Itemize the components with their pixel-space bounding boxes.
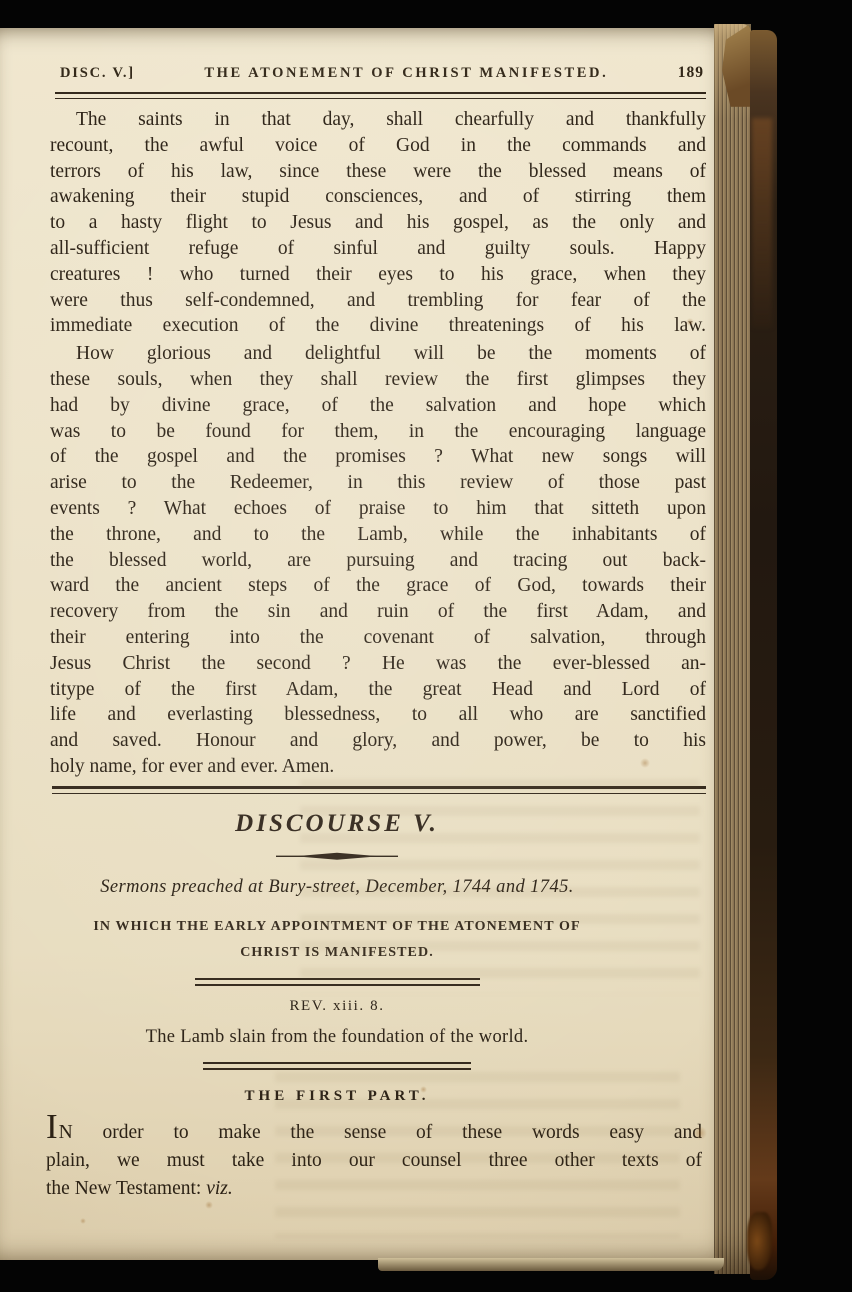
discourse-section: DISCOURSE V. Sermons preached at Bury-st… [48, 810, 626, 1105]
page-stack-bottom-edge [378, 1258, 724, 1271]
cover-corner-wear [747, 1212, 772, 1270]
book-fore-edge-pages [714, 24, 751, 1274]
opening-line-3: the New Testament: viz. [46, 1175, 702, 1203]
scripture-rule-top [195, 978, 480, 986]
viz-abbreviation: viz. [206, 1178, 233, 1199]
scripture-rule-bottom [203, 1062, 471, 1070]
swelled-rule-ornament [276, 852, 398, 861]
drop-cap-initial: I [46, 1107, 59, 1146]
discourse-heading: DISCOURSE V. [48, 810, 626, 838]
body-paragraph-2: How glorious and delightful will be the … [50, 341, 706, 780]
section-divider-rule [52, 786, 706, 794]
header-section-label: DISC. V.] [60, 65, 135, 82]
sermon-subtitle: Sermons preached at Bury-street, Decembe… [48, 877, 626, 898]
scripture-reference: REV. xiii. 8. [48, 998, 626, 1015]
header-running-title: THE ATONEMENT OF CHRIST MANIFESTED. [204, 65, 608, 82]
opening-line-2: plain, we must take into our counsel thr… [46, 1147, 702, 1175]
opening-line-1: IN order to make the sense of these word… [46, 1117, 702, 1147]
cover-edge-streak [752, 118, 772, 328]
part-heading: THE FIRST PART. [48, 1088, 626, 1105]
opening-paragraph: IN order to make the sense of these word… [46, 1117, 702, 1203]
scripture-text: The Lamb slain from the foundation of th… [48, 1027, 626, 1048]
body-paragraph-1: The saints in that day, shall chearfully… [50, 107, 706, 339]
foxing-spot [80, 1218, 86, 1224]
header-page-number: 189 [678, 64, 704, 82]
header-rule [55, 92, 706, 99]
page-header: DISC. V.] THE ATONEMENT OF CHRIST MANIFE… [60, 64, 704, 82]
appointment-note: IN WHICH THE EARLY APPOINTMENT OF THE AT… [48, 914, 626, 966]
scanned-book-photo: DISC. V.] THE ATONEMENT OF CHRIST MANIFE… [0, 0, 852, 1292]
book-page: DISC. V.] THE ATONEMENT OF CHRIST MANIFE… [0, 28, 722, 1260]
